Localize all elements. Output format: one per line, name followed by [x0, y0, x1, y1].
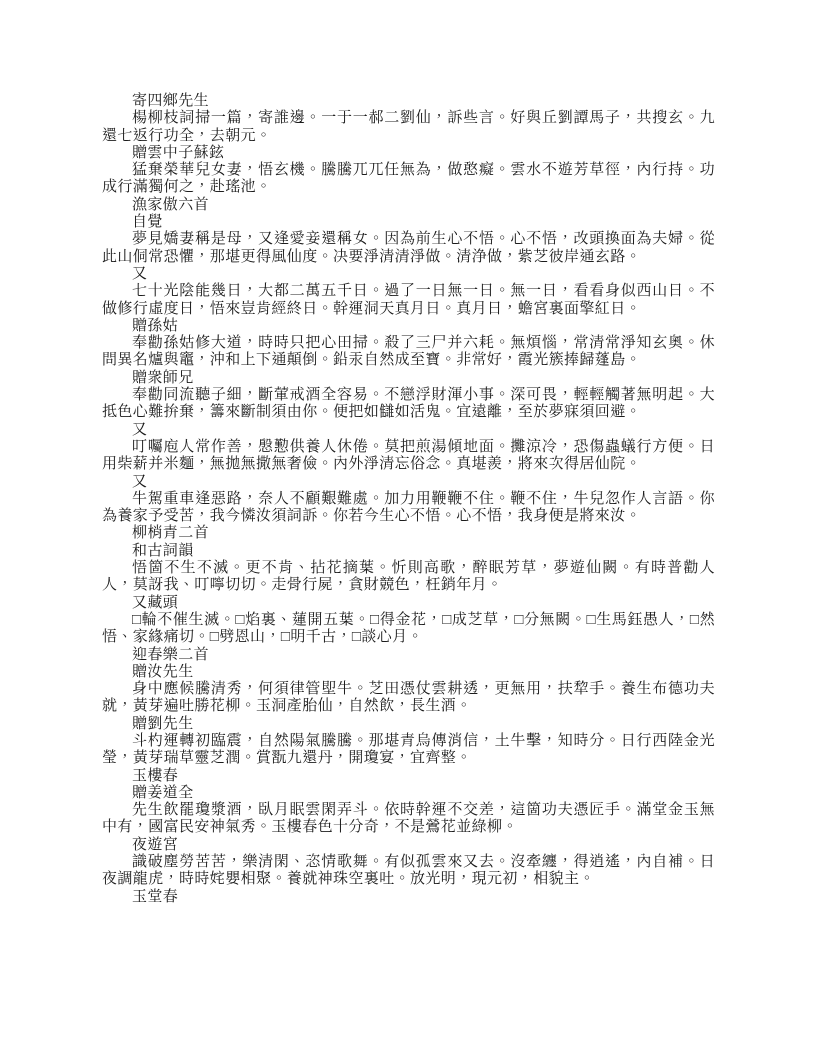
poem-paragraph: 悟箇不生不滅。更不肯、拈花摘葉。忻則高歌，醉眠芳草，夢遊仙闕。有時普勸人人，莫訝… [102, 560, 715, 595]
poem-heading: 贈衆師兄 [102, 370, 715, 387]
poem-paragraph: □輪不催生滅。□焰裏、蓮開五葉。□得金花，□成芝草，□分無闕。□生馬鈺愚人，□然… [102, 612, 715, 647]
poem-heading: 和古詞韻 [102, 543, 715, 560]
poem-heading: 又 [102, 474, 715, 491]
poem-paragraph: 牛駕重車逢惡路，奈人不顧艱難處。加力用鞭鞭不住。鞭不住，牛兒忽作人言語。你為養家… [102, 491, 715, 526]
document-page: 寄四鄉先生楊柳枝詞掃一篇，寄誰邊。一于一郝二劉仙，訴些言。好與丘劉譚馬子，共搜玄… [0, 0, 816, 1056]
poem-heading: 柳梢青二首 [102, 525, 715, 542]
poem-paragraph: 猛棄榮華兒女妻，悟玄機。騰騰兀兀任無為，做憨癡。雲水不遊芳草徑，內行持。功成行滿… [102, 162, 715, 197]
poem-paragraph: 斗杓運轉初臨震，自然陽氣騰騰。那堪青烏傳消信，土牛擊，知時分。日行西陸金光瑩，黃… [102, 733, 715, 768]
poem-paragraph: 夢見嬌妻稱是母，又逢愛妾還稱女。因為前生心不悟。心不悟，改頭換面為夫婦。從此山侗… [102, 231, 715, 266]
poem-heading: 寄四鄉先生 [102, 93, 715, 110]
poem-paragraph: 叮囑庖人常作善，慇懃供養人休倦。莫把煎湯傾地面。攤涼冷，恐傷蟲蟻行方便。日用柴薪… [102, 439, 715, 474]
poem-heading: 又 [102, 266, 715, 283]
poem-heading: 贈雲中子蘇鉉 [102, 145, 715, 162]
poem-heading: 玉堂春 [102, 889, 715, 906]
poem-paragraph: 奉勸同流聽子細，斷葷戒酒全容易。不戀浮財渾小事。深可畏，輕輕觸著無明起。大抵色心… [102, 387, 715, 422]
poem-heading: 贈汝先生 [102, 664, 715, 681]
document-text-body: 寄四鄉先生楊柳枝詞掃一篇，寄誰邊。一于一郝二劉仙，訴些言。好與丘劉譚馬子，共搜玄… [102, 93, 715, 906]
poem-heading: 贈姜道全 [102, 785, 715, 802]
poem-heading: 又 [102, 422, 715, 439]
poem-paragraph: 先生飲罷瓊漿酒，臥月眠雲閑弄斗。依時幹運不交差，這箇功夫憑匠手。滿堂金玉無中有，… [102, 802, 715, 837]
poem-heading: 又藏頭 [102, 595, 715, 612]
poem-paragraph: 識破塵勞苦苦，樂清閑、恣情歌舞。有似孤雲來又去。沒牽纏，得逍遙，內自補。日夜調龍… [102, 854, 715, 889]
poem-heading: 漁家傲六首 [102, 197, 715, 214]
poem-paragraph: 七十光陰能幾日，大都二萬五千日。過了一日無一日。無一日，看看身似西山日。不做修行… [102, 283, 715, 318]
poem-heading: 自覺 [102, 214, 715, 231]
poem-paragraph: 奉勸孫姑修大道，時時只把心田掃。殺了三尸并六耗。無煩惱，常清常淨知玄奧。休問異名… [102, 335, 715, 370]
poem-heading: 玉樓春 [102, 768, 715, 785]
poem-paragraph: 楊柳枝詞掃一篇，寄誰邊。一于一郝二劉仙，訴些言。好與丘劉譚馬子，共搜玄。九還七返… [102, 110, 715, 145]
poem-heading: 贈孫姑 [102, 318, 715, 335]
poem-heading: 夜遊宮 [102, 837, 715, 854]
poem-heading: 贈劉先生 [102, 716, 715, 733]
poem-heading: 迎春樂二首 [102, 647, 715, 664]
poem-paragraph: 身中應候騰清秀，何須律管堲牛。芝田憑仗雲耕透，更無用，扶犂手。養生布德功夫就，黃… [102, 681, 715, 716]
